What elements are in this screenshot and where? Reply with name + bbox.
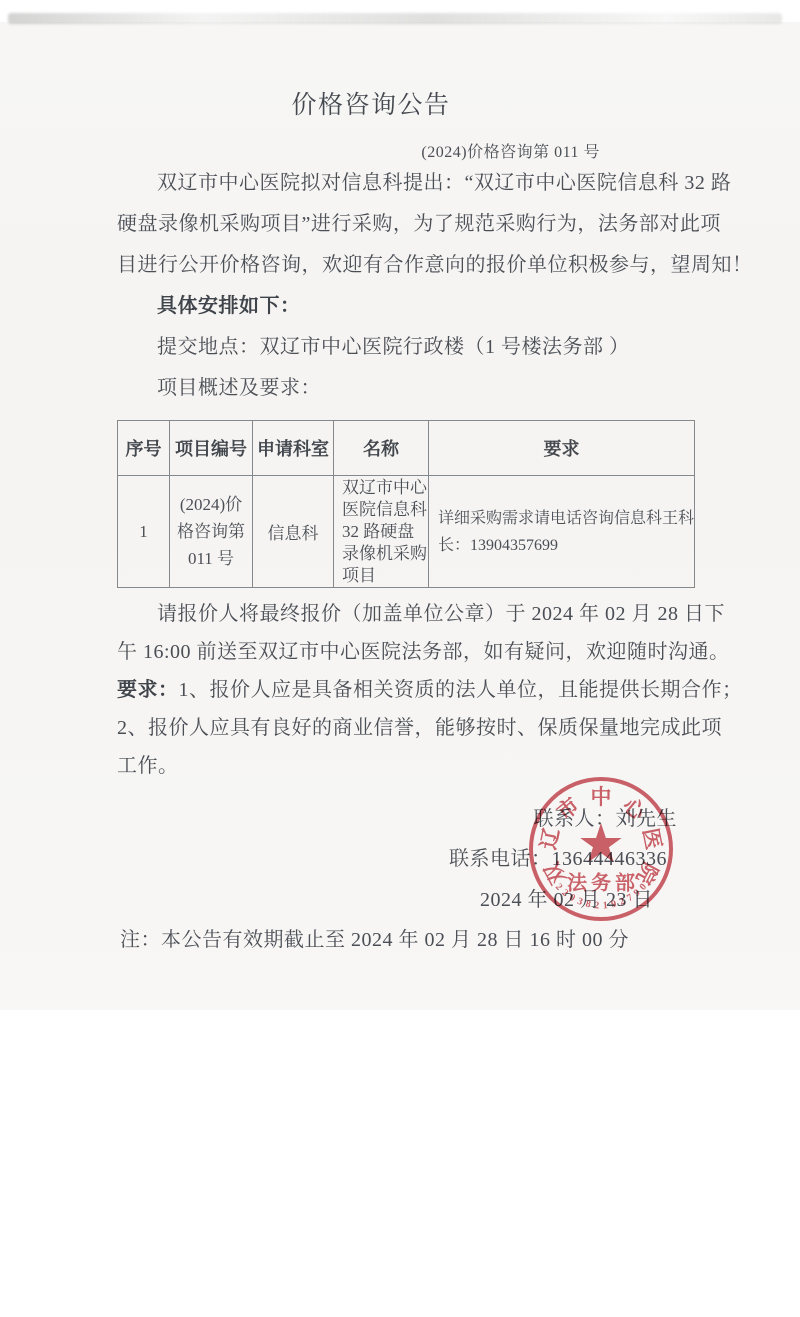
- cell-line: 32 路硬盘: [342, 521, 428, 543]
- cell-line: 长：13904357699: [438, 532, 694, 559]
- table-header-project-no: 项目编号: [170, 421, 253, 476]
- submission-location-line: 提交地点：双辽市中心医院行政楼（1 号楼法务部 ）: [117, 327, 737, 368]
- cell-line: 双辽市中心: [342, 477, 428, 499]
- project-table-container: 序号 项目编号 申请科室 名称 要求 1 (2024)价 格咨询第 011 号 …: [117, 420, 695, 588]
- paragraph-line: 2、报价人应具有良好的商业信誉，能够按时、保质保量地完成此项: [117, 709, 737, 747]
- project-table: 序号 项目编号 申请科室 名称 要求 1 (2024)价 格咨询第 011 号 …: [117, 420, 695, 588]
- table-header-seq: 序号: [118, 421, 170, 476]
- overview-heading-line: 项目概述及要求：: [117, 368, 737, 409]
- cell-line: 详细采购需求请电话咨询信息科王科: [438, 505, 694, 532]
- paragraph-line: 目进行公开价格咨询，欢迎有合作意向的报价单位积极参与，望周知！: [117, 245, 737, 286]
- cell-line: 011 号: [170, 545, 252, 572]
- paragraph-line: 双辽市中心医院拟对信息科提出：“双辽市中心医院信息科 32 路: [117, 163, 737, 204]
- cell-line: 格咨询第: [170, 518, 252, 545]
- table-header-requirement: 要求: [429, 421, 695, 476]
- requirements-label: 要求：: [117, 679, 179, 701]
- section-heading: 具体安排如下：: [117, 286, 737, 327]
- paragraph-line: 午 16:00 前送至双辽市中心医院法务部，如有疑问，欢迎随时沟通。: [117, 633, 737, 671]
- cell-line: 医院信息科: [342, 499, 428, 521]
- cell-department: 信息科: [253, 476, 334, 588]
- paragraph-line: 硬盘录像机采购项目”进行采购，为了规范采购行为，法务部对此项: [117, 204, 737, 245]
- scanned-document-page: 价格咨询公告 (2024)价格咨询第 011 号 双辽市中心医院拟对信息科提出：…: [0, 0, 800, 1317]
- table-header-name: 名称: [334, 421, 429, 476]
- cell-line: 录像机采购: [342, 543, 428, 565]
- document-title: 价格咨询公告: [0, 90, 742, 122]
- cell-project-name: 双辽市中心 医院信息科 32 路硬盘 录像机采购 项目: [334, 476, 429, 588]
- stamp-department-label: 法务部: [563, 867, 639, 896]
- requirements-line: 要求：1、报价人应是具备相关资质的法人单位，且能提供长期合作；: [117, 671, 737, 709]
- requirements-text: 1、报价人应是具备相关资质的法人单位，且能提供长期合作；: [179, 679, 743, 701]
- official-seal-stamp: 双辽市中心医院 ★ 法务部 220382192790: [529, 777, 673, 921]
- cell-seq: 1: [118, 476, 170, 588]
- star-icon: ★: [577, 817, 625, 871]
- closing-paragraphs: 请报价人将最终报价（加盖单位公章）于 2024 年 02 月 28 日下 午 1…: [117, 595, 737, 785]
- table-row: 1 (2024)价 格咨询第 011 号 信息科 双辽市中心 医院信息科 32 …: [118, 476, 695, 588]
- cell-line: (2024)价: [170, 491, 252, 518]
- intro-paragraphs: 双辽市中心医院拟对信息科提出：“双辽市中心医院信息科 32 路 硬盘录像机采购项…: [117, 163, 737, 409]
- cell-line: 项目: [342, 565, 428, 587]
- table-header-row: 序号 项目编号 申请科室 名称 要求: [118, 421, 695, 476]
- paragraph-line: 工作。: [117, 747, 737, 785]
- document-number: (2024)价格咨询第 011 号: [421, 139, 600, 162]
- validity-note: 注：本公告有效期截止至 2024 年 02 月 28 日 16 时 00 分: [120, 923, 629, 952]
- scan-artifact-top-band: [8, 13, 782, 24]
- cell-project-no: (2024)价 格咨询第 011 号: [170, 476, 253, 588]
- table-header-department: 申请科室: [253, 421, 334, 476]
- cell-requirement: 详细采购需求请电话咨询信息科王科 长：13904357699: [429, 476, 695, 588]
- paragraph-line: 请报价人将最终报价（加盖单位公章）于 2024 年 02 月 28 日下: [117, 595, 737, 633]
